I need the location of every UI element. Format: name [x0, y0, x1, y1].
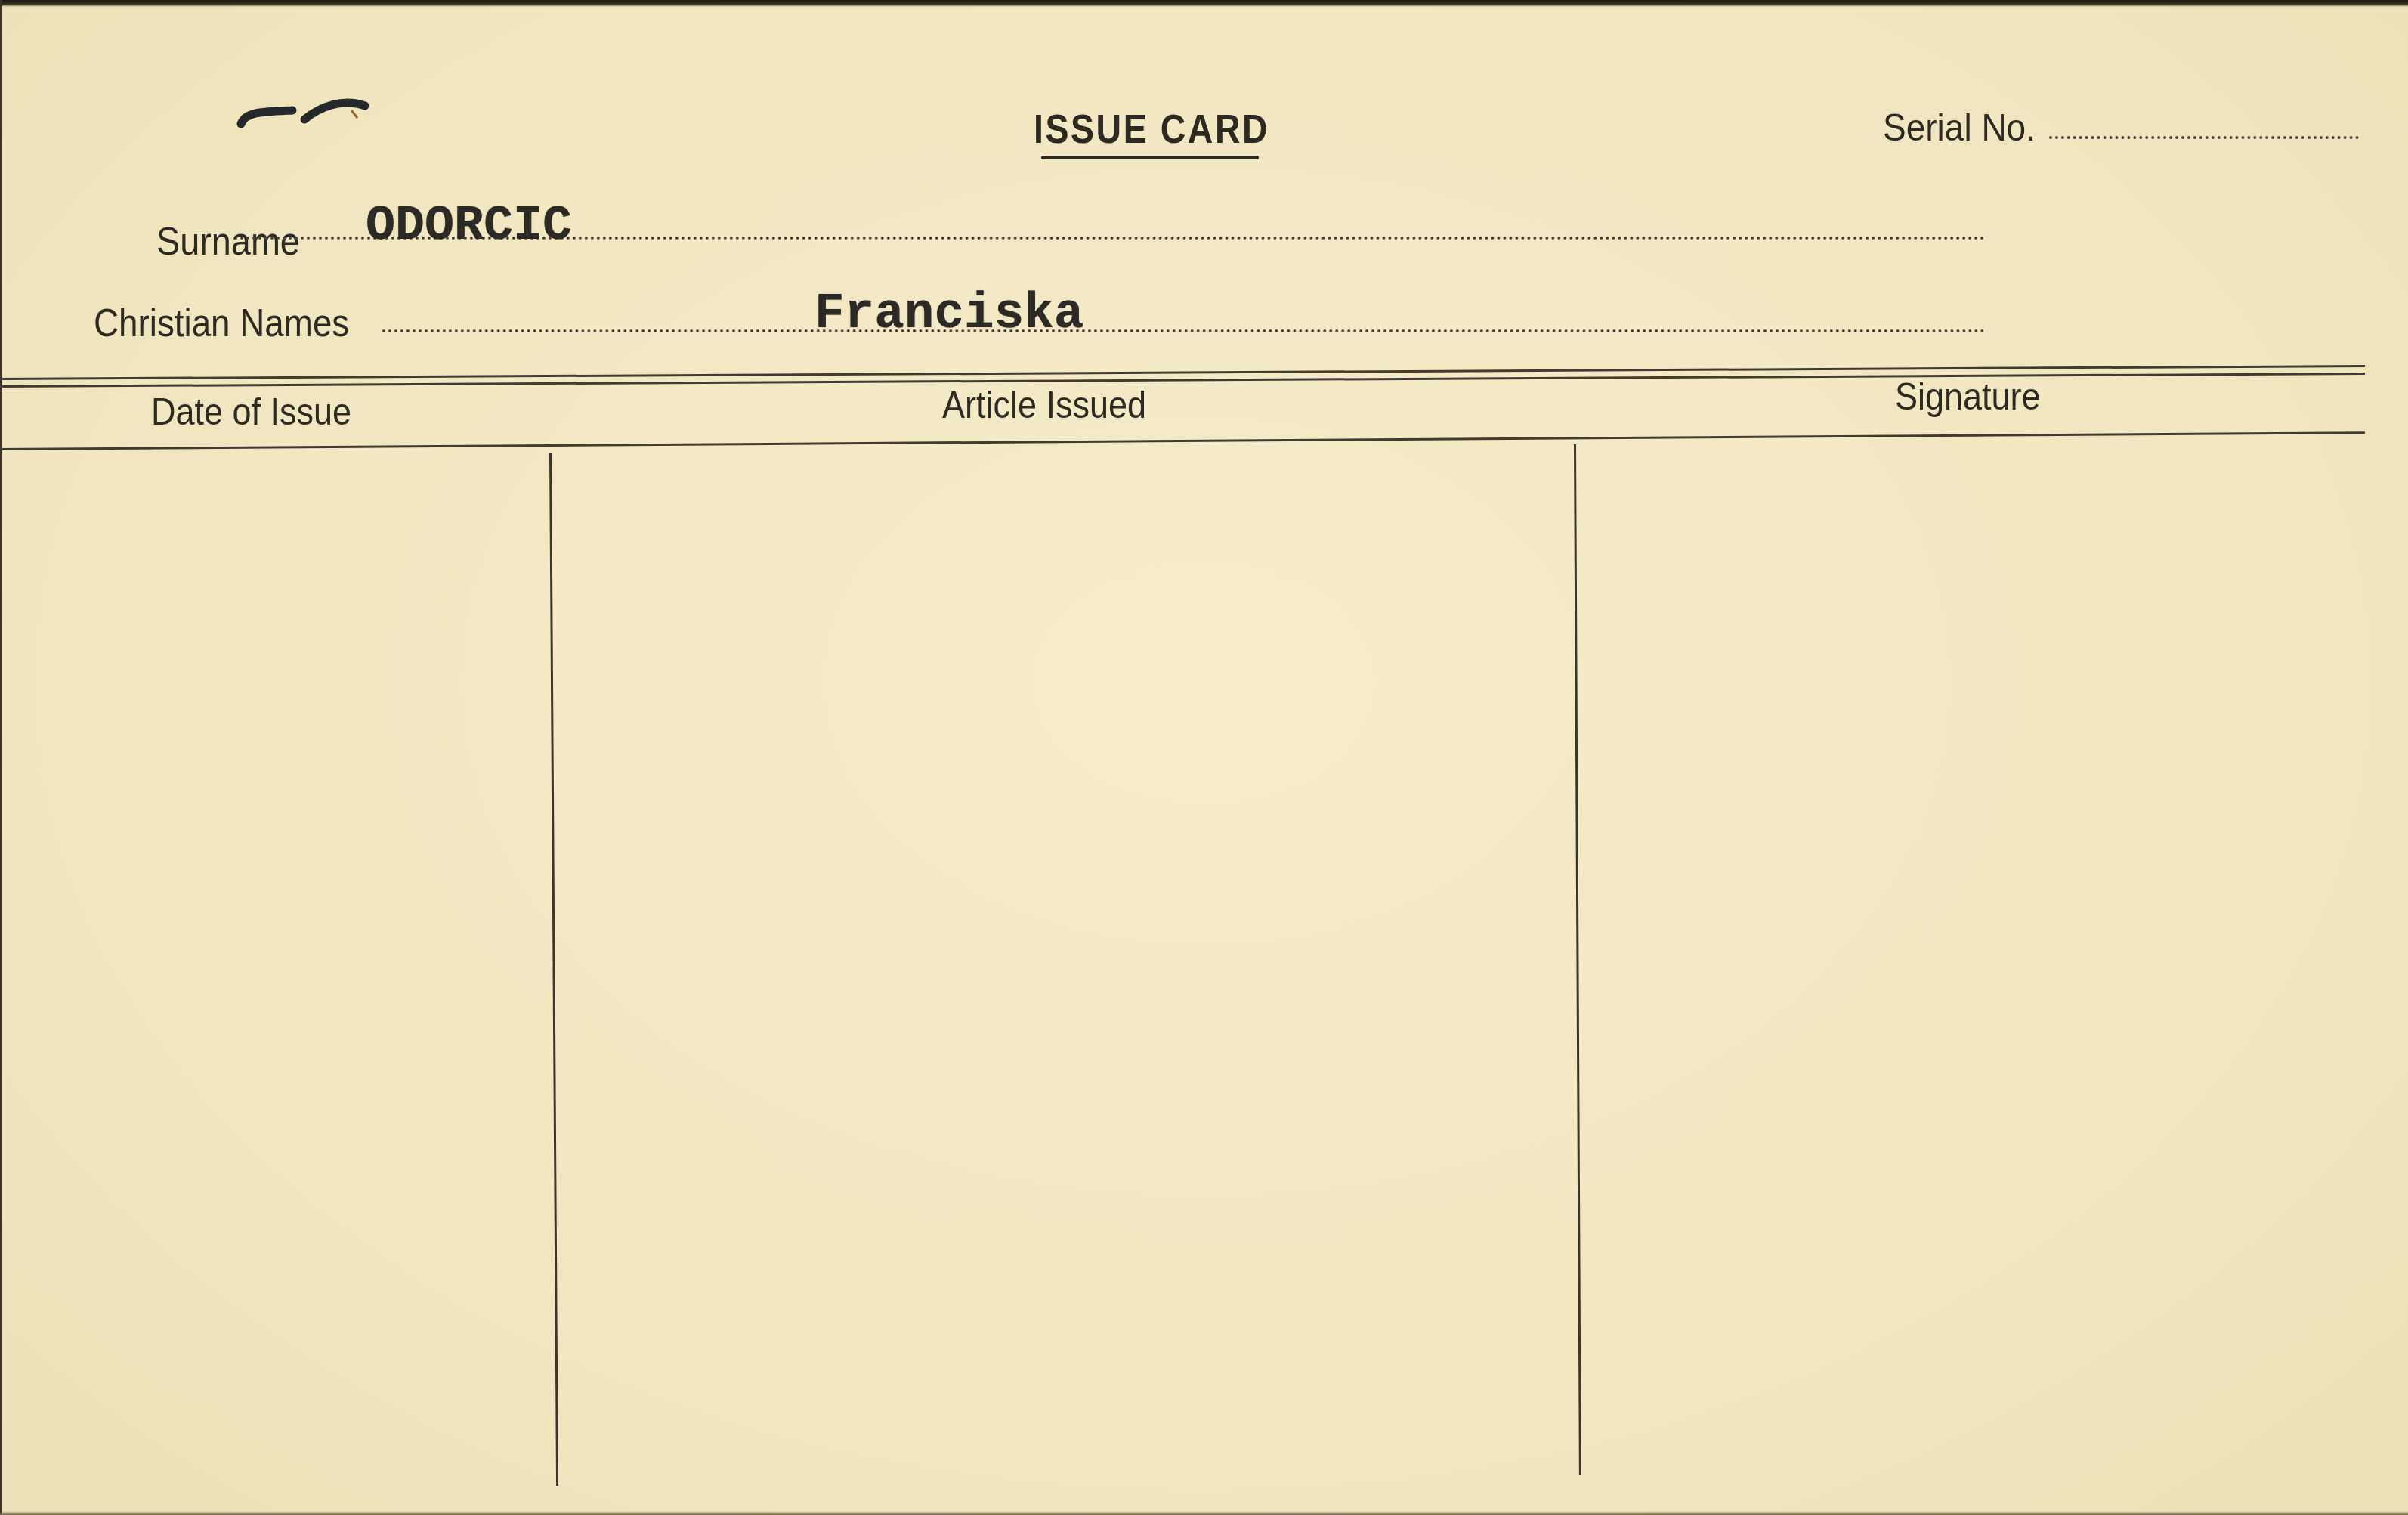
- serial-number-label: Serial No.: [1883, 106, 2036, 150]
- column-header-article-issued: Article Issued: [942, 383, 1146, 427]
- signature-column[interactable]: [1579, 442, 2365, 1473]
- serial-number-field[interactable]: [2049, 136, 2359, 139]
- staple-icon: [230, 91, 374, 136]
- christian-names-label: Christian Names: [94, 301, 349, 346]
- christian-names-field-line: [382, 329, 1986, 332]
- column-header-signature: Signature: [1895, 375, 2041, 419]
- title-underline: [1041, 156, 1259, 159]
- article-issued-column[interactable]: [553, 450, 1573, 1477]
- issue-card: ISSUE CARD Serial No. Surname ODORCIC Ch…: [0, 0, 2408, 1515]
- card-top-edge: [0, 0, 2408, 7]
- christian-names-value[interactable]: Franciska: [815, 286, 1083, 342]
- surname-label: Surname: [156, 219, 300, 264]
- date-of-issue-column[interactable]: [0, 453, 548, 1485]
- card-bottom-edge: [0, 1511, 2408, 1515]
- card-title: ISSUE CARD: [1034, 106, 1269, 153]
- column-header-date-of-issue: Date of Issue: [151, 390, 351, 434]
- surname-value[interactable]: ODORCIC: [366, 198, 572, 254]
